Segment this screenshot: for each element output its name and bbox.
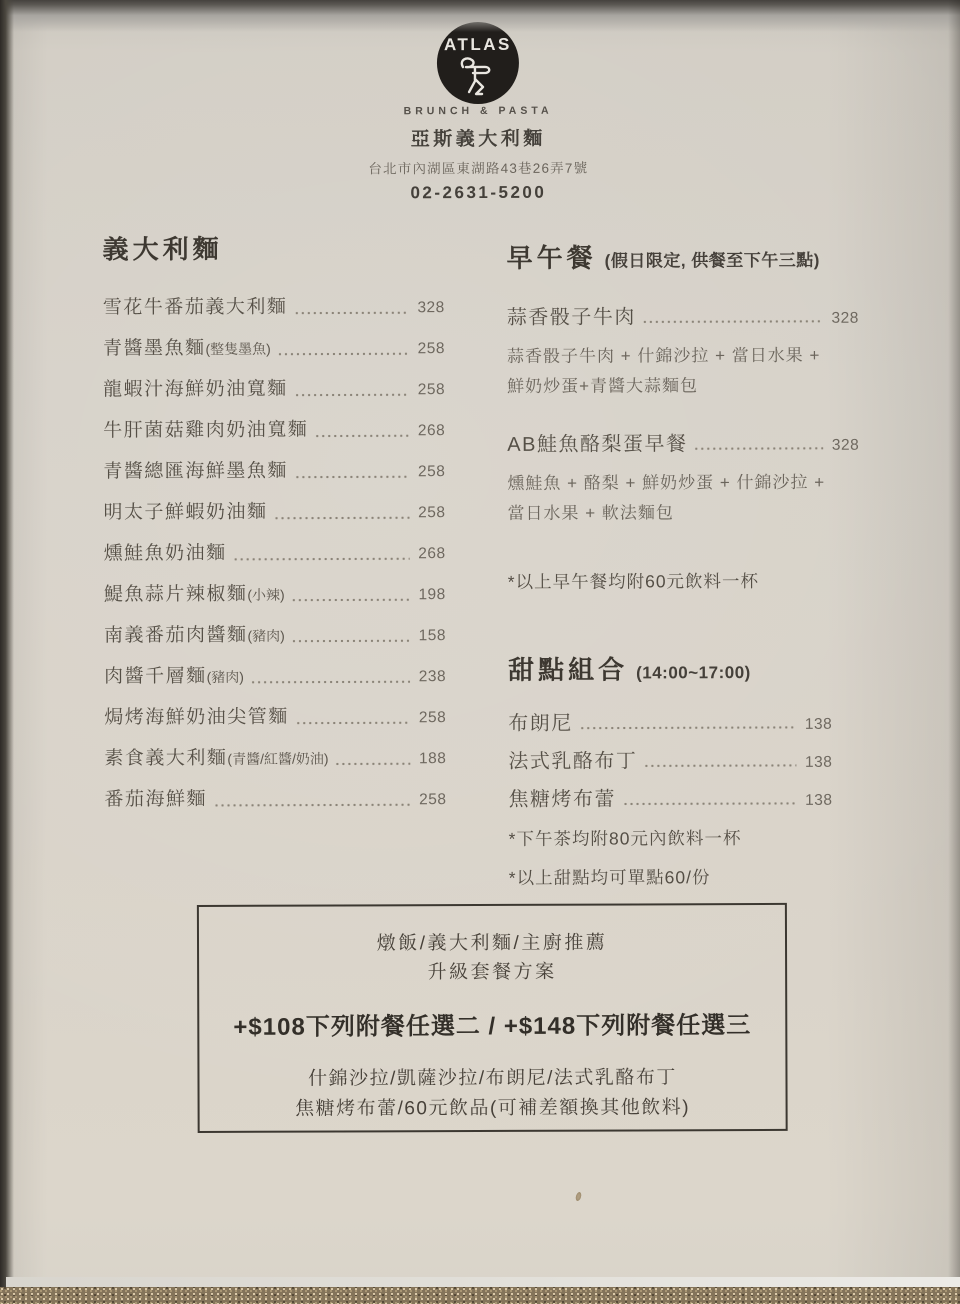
item-name: 法式乳酪布丁 <box>508 744 637 773</box>
atlas-figure-icon <box>455 54 501 98</box>
item-price: 138 <box>802 716 832 734</box>
dessert-section: 甜點組合 (14:00~17:00) 布朗尼 138 法式乳酪布丁 138 焦糖… <box>508 649 833 890</box>
menu-item-row: 龍蝦汁海鮮奶油寬麵 258 <box>103 373 445 401</box>
dotted-leader <box>294 475 409 478</box>
menu-item-row: AB鮭魚酪梨蛋早餐 328 <box>507 427 859 455</box>
item-name: 素食義大利麵 <box>104 743 227 770</box>
menu-item-row: 雪花牛番茄義大利麵 328 <box>103 291 445 319</box>
menu-item-row: 法式乳酪布丁 138 <box>508 744 832 772</box>
item-name: 番茄海鮮麵 <box>104 784 207 811</box>
item-price: 328 <box>829 310 859 328</box>
item-name: 明太子鮮蝦奶油麵 <box>103 497 267 525</box>
item-price: 258 <box>416 791 446 809</box>
brunch-section-subtitle: (假日限定, 供餐至下午三點) <box>605 246 820 272</box>
item-description: 當日水果 + 軟法麵包 <box>507 498 859 529</box>
menu-item-row: 青醬墨魚麵 (整隻墨魚) 258 <box>103 332 445 360</box>
menu-photo: ATLAS BRUNCH & PASTA 亞斯義大利麵 台北市內湖區東湖路43巷… <box>0 0 960 1304</box>
item-price: 138 <box>802 754 832 772</box>
item-price: 138 <box>802 792 832 810</box>
photo-right-edge <box>948 0 960 1304</box>
item-name: 蒜香骰子牛肉 <box>507 300 636 329</box>
dotted-leader <box>291 598 410 601</box>
restaurant-address: 台北市內湖區東湖路43巷26弄7號 <box>0 155 958 178</box>
pasta-section: 義大利麵 雪花牛番茄義大利麵 328 青醬墨魚麵 (整隻墨魚) 258 龍蝦汁海… <box>103 228 447 825</box>
dotted-leader <box>213 803 410 807</box>
brunch-section-header: 早午餐 (假日限定, 供餐至下午三點) <box>507 237 859 275</box>
restaurant-phone: 02-2631-5200 <box>0 181 958 204</box>
brunch-section-title: 早午餐 <box>507 238 597 275</box>
menu-item-row: 南義番茄肉醬麵 (豬肉) 158 <box>104 619 446 647</box>
combo-line2: 升級套餐方案 <box>199 957 785 988</box>
photo-left-edge <box>0 0 14 1304</box>
item-name: 焦糖烤布蕾 <box>508 783 616 812</box>
dotted-leader <box>293 311 408 314</box>
item-description: 蒜香骰子牛肉 + 什錦沙拉 + 當日水果 + <box>507 341 859 372</box>
dotted-leader <box>295 721 410 724</box>
dessert-note: *下午茶均附80元內飲料一杯 <box>509 825 833 851</box>
menu-item-row: 鯷魚蒜片辣椒麵 (小辣) 198 <box>104 578 446 606</box>
dotted-leader <box>642 320 823 324</box>
item-price: 198 <box>416 586 446 604</box>
item-price: 238 <box>416 668 446 686</box>
menu-item-row: 蒜香骰子牛肉 328 <box>507 300 859 328</box>
item-name: 燻鮭魚奶油麵 <box>104 538 227 565</box>
item-name: 布朗尼 <box>508 707 573 736</box>
restaurant-name: 亞斯義大利麵 <box>0 122 958 152</box>
menu-item-row: 肉醬千層麵 (豬肉) 238 <box>104 660 446 688</box>
item-name: 雪花牛番茄義大利麵 <box>103 292 288 320</box>
combo-offer: +$108下列附餐任選二 / +$148下列附餐任選三 <box>199 1005 785 1042</box>
dotted-leader <box>314 434 409 437</box>
menu-item-row: 素食義大利麵 (青醬/紅醬/奶油) 188 <box>104 742 446 770</box>
photo-top-edge <box>0 0 960 32</box>
item-name: 鯷魚蒜片辣椒麵 <box>104 579 248 607</box>
item-name: 青醬墨魚麵 <box>103 333 206 360</box>
combo-upgrade-box: 燉飯/義大利麵/主廚推薦 升級套餐方案 +$108下列附餐任選二 / +$148… <box>197 903 788 1133</box>
item-price: 328 <box>415 299 445 317</box>
item-price: 268 <box>416 545 446 563</box>
item-price: 328 <box>829 437 859 455</box>
item-name: AB鮭魚酪梨蛋早餐 <box>507 427 687 457</box>
menu-item-row: 布朗尼 138 <box>508 706 832 734</box>
pasta-section-title: 義大利麵 <box>103 229 223 266</box>
item-name: 焗烤海鮮奶油尖管麵 <box>104 702 289 730</box>
brunch-section: 早午餐 (假日限定, 供餐至下午三點) 蒜香骰子牛肉 328 蒜香骰子牛肉 + … <box>507 237 860 594</box>
dotted-leader <box>579 726 797 730</box>
item-price: 258 <box>415 504 445 522</box>
logo-subtitle: BRUNCH & PASTA <box>0 103 958 118</box>
brunch-item: 蒜香骰子牛肉 328 蒜香骰子牛肉 + 什錦沙拉 + 當日水果 + 鮮奶炒蛋+青… <box>507 300 859 402</box>
dotted-leader <box>294 393 409 396</box>
dotted-leader <box>643 764 796 768</box>
menu-item-row: 明太子鮮蝦奶油麵 258 <box>103 496 445 524</box>
item-note: (小辣) <box>247 585 284 605</box>
dotted-leader <box>277 352 409 355</box>
item-name: 龍蝦汁海鮮奶油寬麵 <box>103 374 288 402</box>
item-note: (整隻墨魚) <box>205 339 270 359</box>
item-price: 188 <box>416 750 446 768</box>
combo-options-line1: 什錦沙拉/凱薩沙拉/布朗尼/法式乳酪布丁 <box>199 1063 785 1095</box>
brunch-note: *以上早午餐均附60元飲料一杯 <box>508 568 860 594</box>
dotted-leader <box>250 680 410 684</box>
pasta-section-header: 義大利麵 <box>103 228 445 266</box>
menu-item-row: 青醬總匯海鮮墨魚麵 258 <box>103 455 445 483</box>
dotted-leader <box>622 802 797 806</box>
menu-item-row: 番茄海鮮麵 258 <box>104 783 446 811</box>
item-name: 南義番茄肉醬麵 <box>104 620 248 648</box>
menu-item-row: 牛肝菌菇雞肉奶油寬麵 268 <box>103 414 445 442</box>
item-name: 牛肝菌菇雞肉奶油寬麵 <box>103 415 308 443</box>
menu-content: ATLAS BRUNCH & PASTA 亞斯義大利麵 台北市內湖區東湖路43巷… <box>0 0 960 1304</box>
atlas-logo: ATLAS <box>437 22 519 104</box>
item-note: (豬肉) <box>247 626 284 646</box>
item-price: 258 <box>415 381 445 399</box>
restaurant-header: ATLAS BRUNCH & PASTA 亞斯義大利麵 台北市內湖區東湖路43巷… <box>0 20 958 204</box>
item-price: 258 <box>415 340 445 358</box>
menu-item-row: 燻鮭魚奶油麵 268 <box>104 537 446 565</box>
item-price: 258 <box>416 709 446 727</box>
item-price: 258 <box>415 463 445 481</box>
item-price: 158 <box>416 627 446 645</box>
dessert-section-subtitle: (14:00~17:00) <box>636 663 751 683</box>
dotted-leader <box>335 762 411 765</box>
item-note: (豬肉) <box>207 667 244 687</box>
dotted-leader <box>233 557 410 561</box>
item-description: 燻鮭魚 + 酪梨 + 鮮奶炒蛋 + 什錦沙拉 + <box>507 468 859 499</box>
dotted-leader <box>291 639 410 642</box>
item-name: 青醬總匯海鮮墨魚麵 <box>103 456 288 484</box>
item-price: 268 <box>415 422 445 440</box>
dessert-note: *以上甜點均可單點60/份 <box>509 864 833 890</box>
dessert-section-header: 甜點組合 (14:00~17:00) <box>508 649 832 687</box>
brunch-item: AB鮭魚酪梨蛋早餐 328 燻鮭魚 + 酪梨 + 鮮奶炒蛋 + 什錦沙拉 + 當… <box>507 427 859 529</box>
combo-options-line2: 焦糖烤布蕾/60元飲品(可補差額換其他飲料) <box>200 1093 786 1125</box>
dotted-leader <box>693 447 823 450</box>
dessert-section-title: 甜點組合 <box>508 649 628 686</box>
menu-item-row: 焦糖烤布蕾 138 <box>508 782 832 810</box>
dotted-leader <box>274 516 410 519</box>
item-name: 肉醬千層麵 <box>104 661 207 688</box>
logo-wordmark: ATLAS <box>444 35 512 55</box>
item-note: (青醬/紅醬/奶油) <box>227 749 328 769</box>
table-surface <box>0 1287 960 1304</box>
item-description: 鮮奶炒蛋+青醬大蒜麵包 <box>507 371 859 402</box>
combo-line1: 燉飯/義大利麵/主廚推薦 <box>199 928 785 959</box>
menu-item-row: 焗烤海鮮奶油尖管麵 258 <box>104 701 446 729</box>
